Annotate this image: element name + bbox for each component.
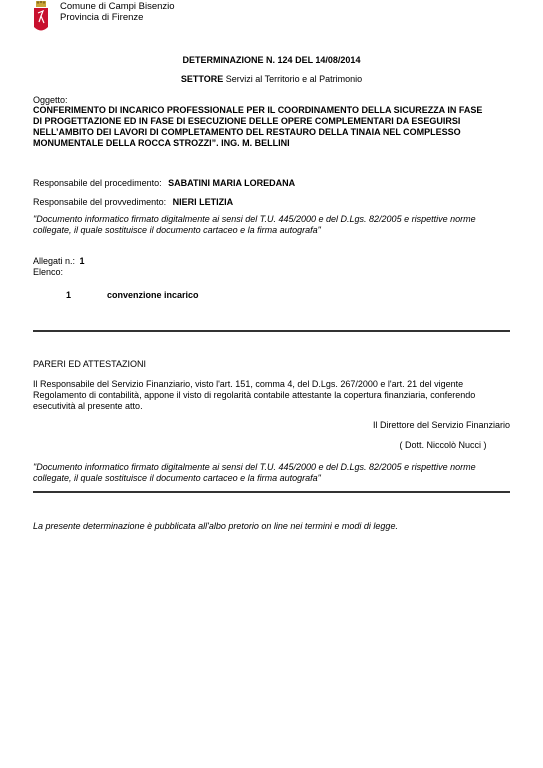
subject-line: NELL’AMBITO DEI LAVORI DI COMPLETAMENTO … <box>33 127 513 138</box>
responsible-procedure: Responsabile del procedimento: SABATINI … <box>33 178 295 188</box>
note-line: "Documento informatico firmato digitalme… <box>33 462 513 473</box>
sector-line: SETTORE Servizi al Territorio e al Patri… <box>0 74 543 84</box>
province-name: Provincia di Firenze <box>60 12 175 23</box>
note-line: collegate, il quale sostituisce il docum… <box>33 225 513 236</box>
signer-role: Il Direttore del Servizio Finanziario <box>373 420 510 430</box>
responsible-measure-value: NIERI LETIZIA <box>173 197 234 207</box>
attachments-list-label: Elenco: <box>33 267 63 277</box>
opinions-heading: PARERI ED ATTESTAZIONI <box>33 359 146 370</box>
document-title: DETERMINAZIONE N. 124 DEL 14/08/2014 <box>0 55 543 65</box>
responsible-procedure-value: SABATINI MARIA LOREDANA <box>168 178 295 188</box>
responsible-procedure-label: Responsabile del procedimento: <box>33 178 162 188</box>
attachments-count: Allegati n.: 1 <box>33 256 85 266</box>
divider <box>33 330 510 332</box>
attachment-num: 1 <box>66 290 71 300</box>
opinions-text: Il Responsabile del Servizio Finanziario… <box>33 379 513 412</box>
digital-signature-note: "Documento informatico firmato digitalme… <box>33 214 513 236</box>
opinions-line: Regolamento di contabilità, appone il vi… <box>33 390 513 401</box>
coat-of-arms-icon <box>33 1 49 35</box>
subject-line: CONFERIMENTO DI INCARICO PROFESSIONALE P… <box>33 105 513 116</box>
digital-signature-note: "Documento informatico firmato digitalme… <box>33 462 513 484</box>
attachments-count-label: Allegati n.: <box>33 256 75 266</box>
attachment-name: convenzione incarico <box>107 290 199 300</box>
sector-value: Servizi al Territorio e al Patrimonio <box>226 74 362 84</box>
subject-text: CONFERIMENTO DI INCARICO PROFESSIONALE P… <box>33 105 513 149</box>
responsible-measure: Responsabile del provvedimento: NIERI LE… <box>33 197 233 207</box>
subject-line: MONUMENTALE DELLA ROCCA STROZZI”. ING. M… <box>33 138 513 149</box>
subject-line: DI PROGETTAZIONE ED IN FASE DI ESECUZION… <box>33 116 513 127</box>
publication-note: La presente determinazione è pubblicata … <box>33 521 513 532</box>
divider <box>33 491 510 493</box>
note-line: "Documento informatico firmato digitalme… <box>33 214 513 225</box>
responsible-measure-label: Responsabile del provvedimento: <box>33 197 166 207</box>
signer-name: ( Dott. Niccolò Nucci ) <box>393 440 493 450</box>
document-header: Comune di Campi Bisenzio Provincia di Fi… <box>60 1 175 23</box>
note-line: collegate, il quale sostituisce il docum… <box>33 473 513 484</box>
attachments-count-value: 1 <box>80 256 85 266</box>
municipality-name: Comune di Campi Bisenzio <box>60 1 175 12</box>
opinions-line: esecutività al presente atto. <box>33 401 513 412</box>
opinions-line: Il Responsabile del Servizio Finanziario… <box>33 379 513 390</box>
sector-label: SETTORE <box>181 74 223 84</box>
